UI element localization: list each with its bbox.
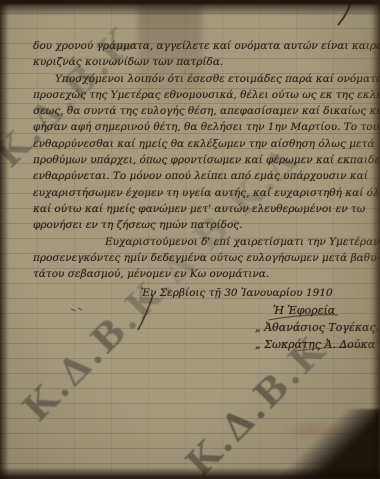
handwritten-line: ενθαρρύνεσθαι καί ημείς θα εκλέξωμεν την…: [33, 136, 371, 152]
handwritten-line: προσενεγκόντες ημίν δεδεγμένα ούτως ευλο…: [33, 250, 371, 266]
handwritten-line: Ευχαριστούμενοι δ' επί χαιρετίσματι την …: [33, 234, 371, 250]
handwritten-line: ευχαριστήσωμεν έχομεν τη υγεία αυτής, κα…: [33, 185, 371, 201]
handwritten-line: δου χρονού γράμματα, αγγείλετε καί ονόμα…: [33, 38, 371, 54]
handwritten-line: προθύμων υπάρχει, όπως φροντίσωμεν καί φ…: [33, 152, 371, 168]
edge-left: [0, 0, 9, 479]
handwritten-line: καί ούτω καί ημείς φανώμεν μετ' αυτών ελ…: [33, 201, 371, 217]
handwritten-line: τάτου σεβασμού, μένομεν εν Κω ονομάτινα.: [33, 266, 371, 282]
corner-shadow: [270, 409, 380, 479]
dateline: Ἐν Σερβίοις τῇ 30 Ἰανουαρίου 1910: [141, 287, 333, 299]
handwritten-line: προσεχώς της Υμετέρας εθνομουσικά, θέλει…: [33, 87, 371, 103]
fold-shadow: [138, 0, 202, 115]
handwritten-line: φρονήσει εν τη ζήσεως ημών πατρίδος.: [33, 217, 371, 233]
edge-top: [0, 0, 380, 16]
handwritten-line: ενθαρρύνεται. Το μόνον οπού λείπει από ε…: [33, 168, 371, 184]
handwritten-line: φήσαν αφή σημερινού θέτη, θα θελήσει την…: [33, 119, 371, 135]
scanned-letter-page: Κ.Δ.Β.Κ Κ.Δ.Β.Κ.Δ.Β.Κ.Δ Κ.Δ.Β.Κ δου χρον…: [0, 0, 380, 479]
letter-body: δου χρονού γράμματα, αγγείλετε καί ονόμα…: [33, 38, 371, 282]
handwritten-line: κυριζνάς κοινωνίδων των πατρίδα.: [33, 54, 371, 70]
edge-right: [371, 0, 380, 479]
handwritten-line: σεως, θα συντά της ευλογής θέση, απεφασί…: [33, 103, 371, 119]
handwritten-line: Υποσχόμενοι λοιπόν ότι έσεσθε ετοιμάδες …: [33, 71, 371, 87]
